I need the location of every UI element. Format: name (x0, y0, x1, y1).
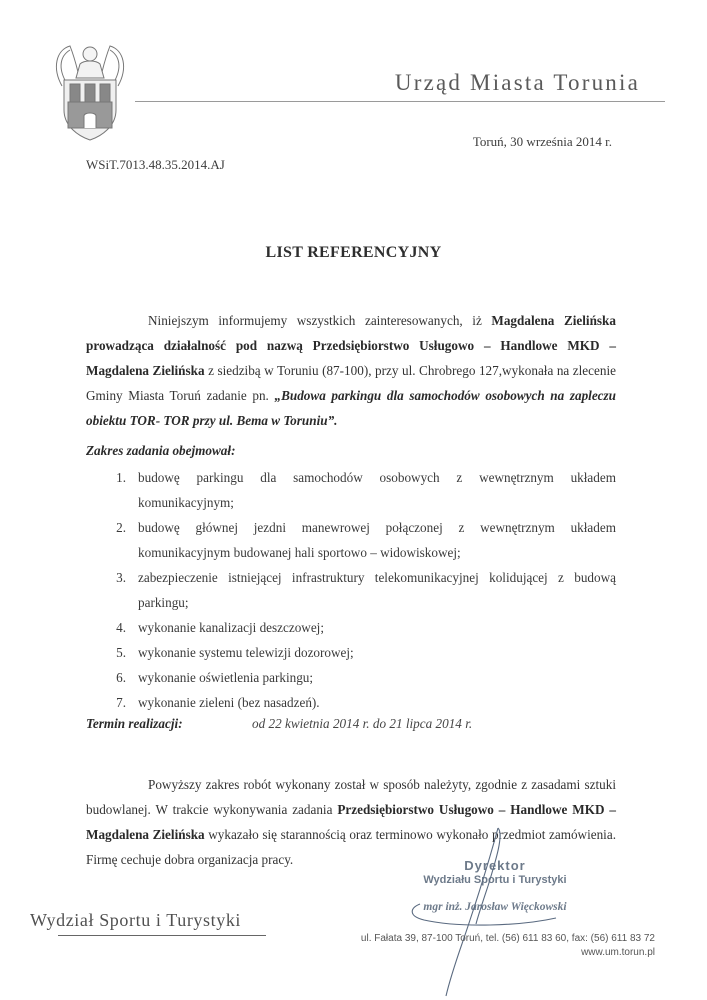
handwritten-signature-icon (380, 820, 600, 1000)
scope-item-text: wykonanie oświetlenia parkingu; (138, 665, 616, 690)
footer-divider (58, 935, 266, 936)
footer-contact: ul. Fałata 39, 87-100 Toruń, tel. (56) 6… (330, 932, 655, 960)
term-value: od 22 kwietnia 2014 r. do 21 lipca 2014 … (252, 716, 472, 732)
intro-text-1: Niniejszym informujemy wszystkich zainte… (148, 313, 491, 328)
scope-heading: Zakres zadania obejmował: (86, 443, 235, 459)
footer-website[interactable]: www.um.torun.pl (330, 946, 655, 960)
scope-item-number: 6. (86, 665, 138, 690)
header-divider (135, 101, 665, 102)
scope-item-text: wykonanie kanalizacji deszczowej; (138, 615, 616, 640)
scope-item: 7.wykonanie zieleni (bez nasadzeń). (86, 690, 616, 715)
scope-item-text: budowę głównej jezdni manewrowej połączo… (138, 515, 616, 565)
scope-item: 6.wykonanie oświetlenia parkingu; (86, 665, 616, 690)
scope-item: 5.wykonanie systemu telewizji dozorowej; (86, 640, 616, 665)
scope-item: 3.zabezpieczenie istniejącej infrastrukt… (86, 565, 616, 615)
scope-item-number: 5. (86, 640, 138, 665)
intro-paragraph: Niniejszym informujemy wszystkich zainte… (86, 308, 616, 433)
scope-item: 4.wykonanie kanalizacji deszczowej; (86, 615, 616, 640)
document-title: LIST REFERENCYJNY (0, 244, 707, 262)
date-line: Toruń, 30 września 2014 r. (380, 134, 612, 150)
scope-item-number: 3. (86, 565, 138, 615)
scope-item: 1.budowę parkingu dla samochodów osobowy… (86, 465, 616, 515)
scope-item-text: wykonanie zieleni (bez nasadzeń). (138, 690, 616, 715)
term-label: Termin realizacji: (86, 716, 183, 732)
torun-coat-of-arms-icon (48, 38, 132, 142)
scope-item-number: 1. (86, 465, 138, 515)
footer-department: Wydział Sportu i Turystyki (30, 910, 241, 931)
scope-item: 2.budowę głównej jezdni manewrowej połąc… (86, 515, 616, 565)
footer-address: ul. Fałata 39, 87-100 Toruń, tel. (56) 6… (330, 932, 655, 946)
scope-item-number: 2. (86, 515, 138, 565)
scope-item-number: 7. (86, 690, 138, 715)
scope-item-text: wykonanie systemu telewizji dozorowej; (138, 640, 616, 665)
scope-item-number: 4. (86, 615, 138, 640)
reference-number: WSiT.7013.48.35.2014.AJ (86, 157, 225, 173)
scope-item-text: zabezpieczenie istniejącej infrastruktur… (138, 565, 616, 615)
scope-list: 1.budowę parkingu dla samochodów osobowy… (86, 465, 616, 715)
scope-item-text: budowę parkingu dla samochodów osobowych… (138, 465, 616, 515)
institution-title: Urząd Miasta Torunia (300, 70, 640, 96)
